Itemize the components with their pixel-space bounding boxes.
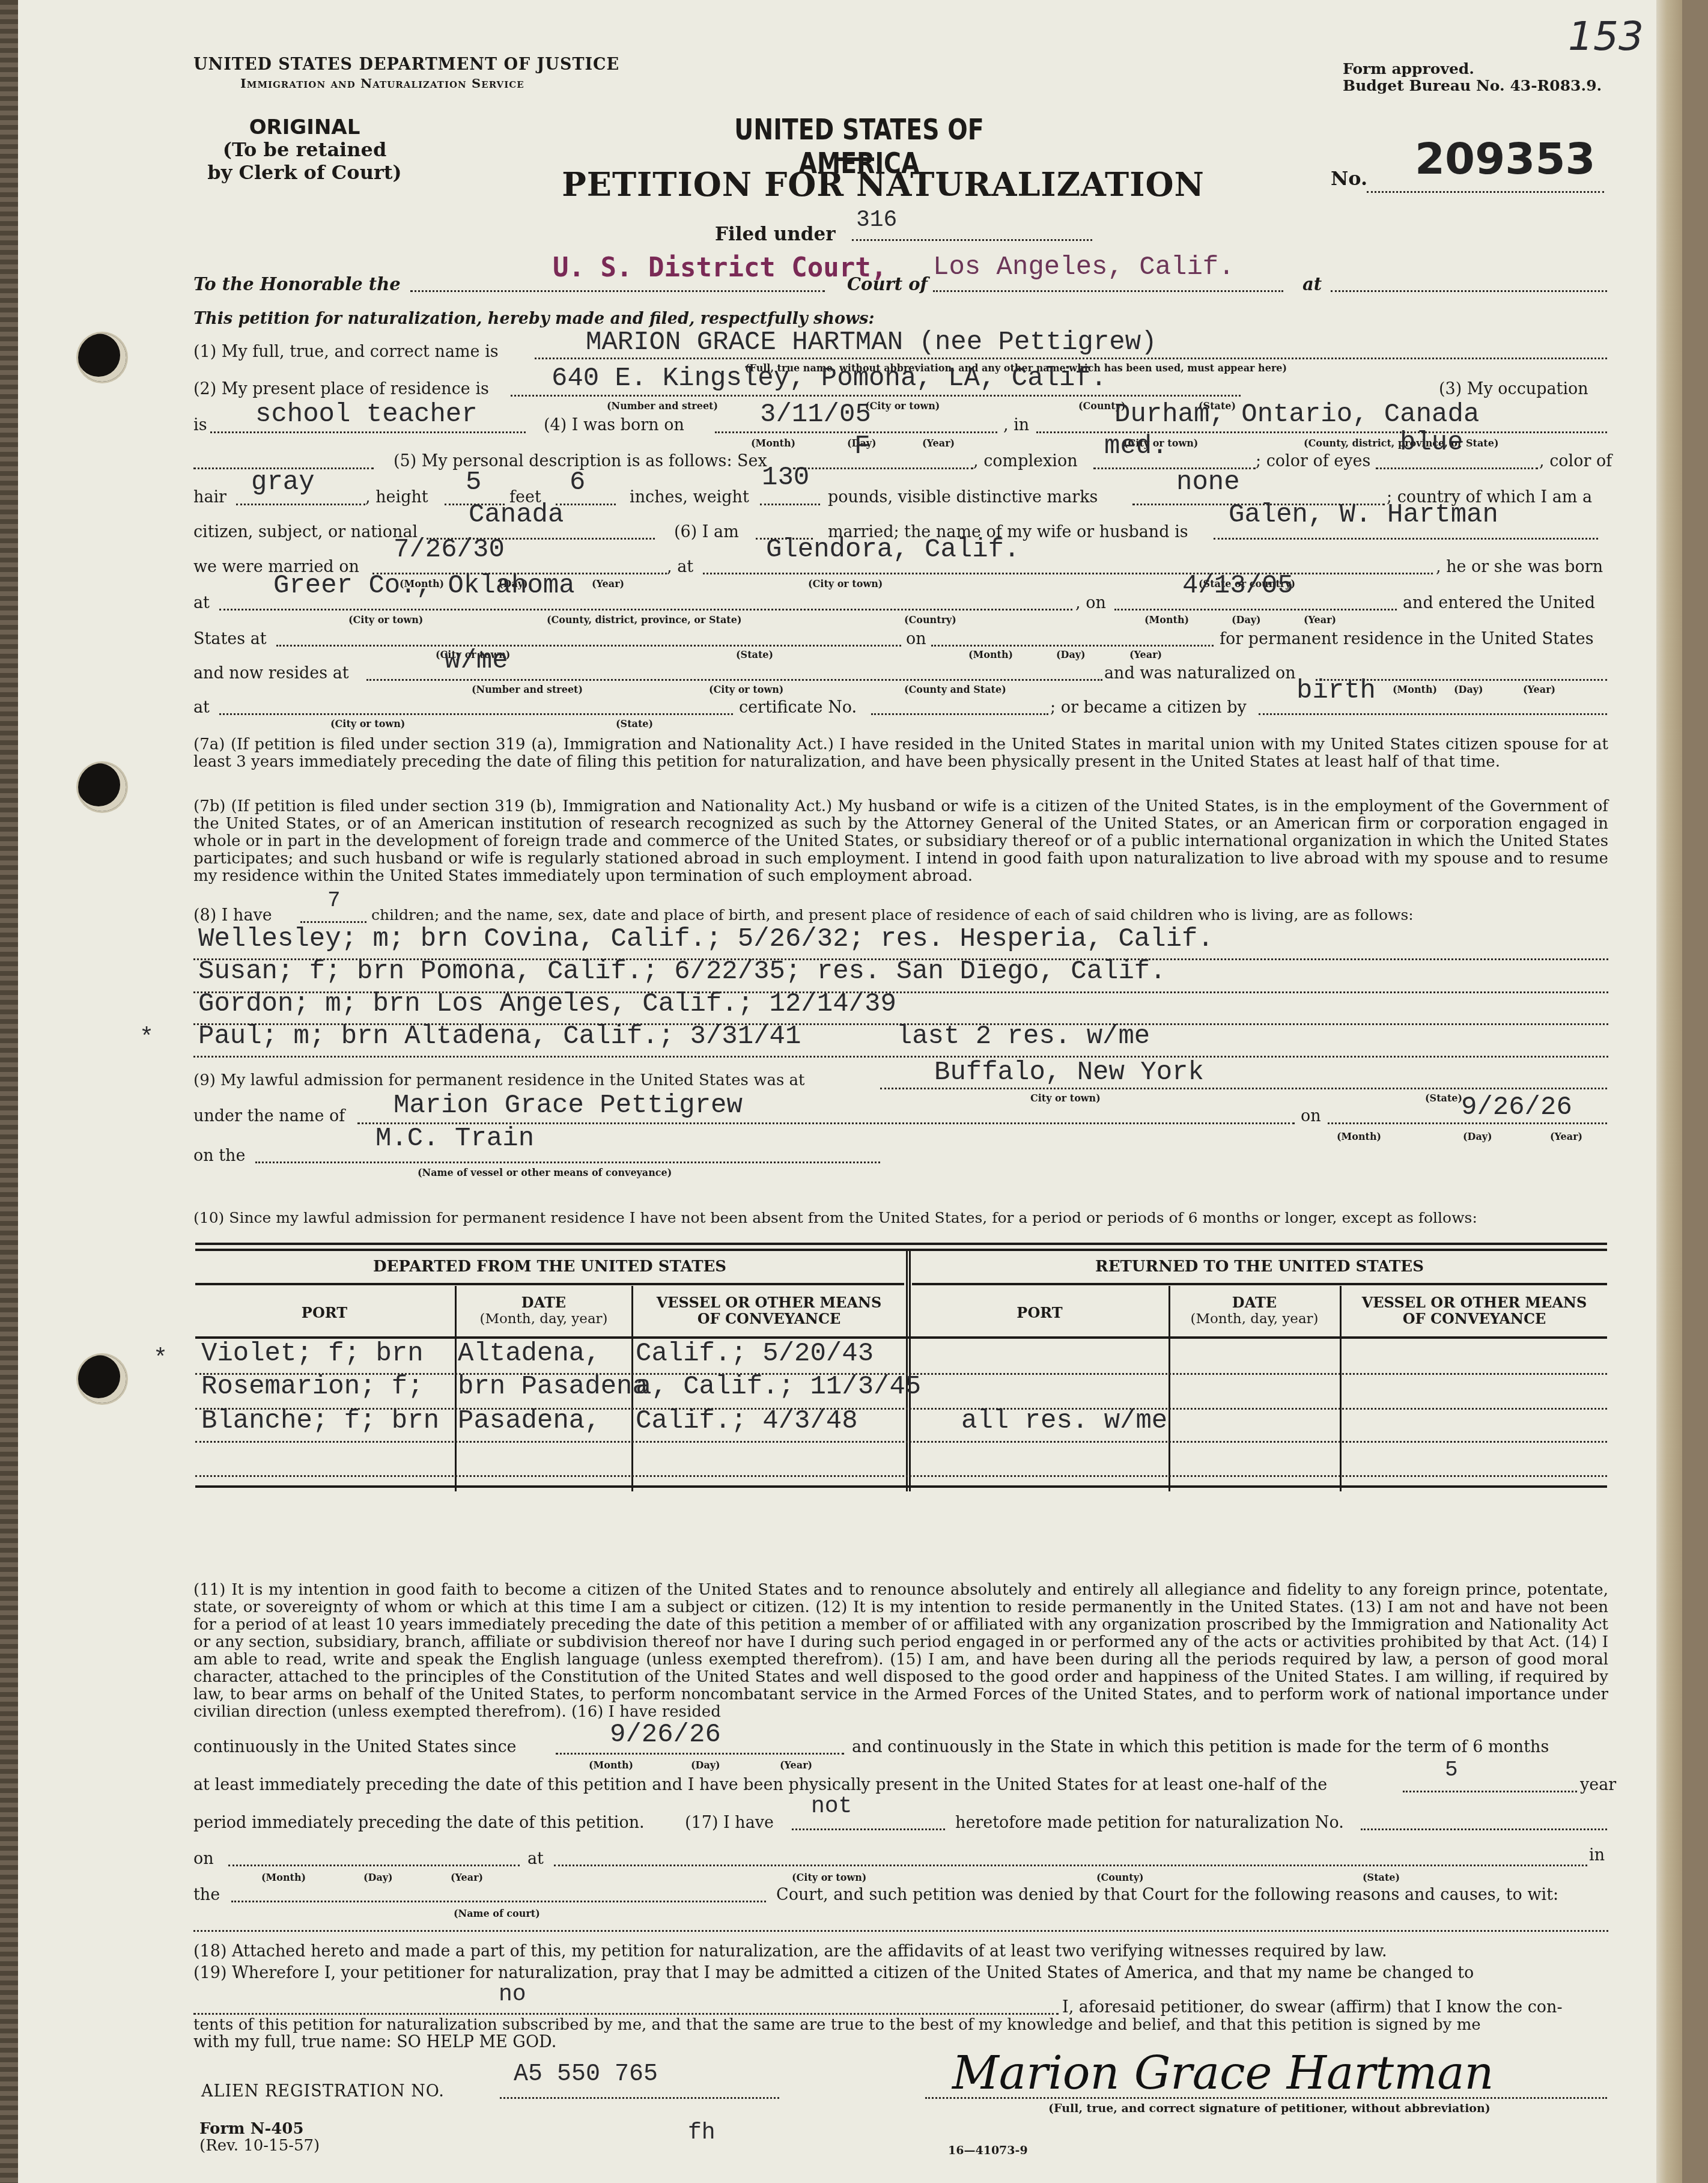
header-rule (912, 1283, 1607, 1285)
section-19: (19) Wherefore I, your petitioner for na… (193, 1964, 1474, 1982)
child-marker-asterisk: * (139, 1025, 154, 1052)
binder-hole (78, 763, 126, 811)
q17-label: (17) I have (685, 1813, 774, 1832)
hint-number-street: (Number and street) (607, 400, 718, 412)
table-row-rule (195, 1441, 1607, 1443)
entered-label: and entered the United (1403, 594, 1595, 612)
children-count-line (300, 921, 366, 923)
col-date-hint: (Month, day, year) (457, 1311, 631, 1327)
department-name: UNITED STATES DEPARTMENT OF JUSTICE (193, 55, 619, 74)
hint-year: (Year) (1129, 649, 1162, 660)
q8-label-post: children; and the name, sex, date and pl… (371, 906, 1414, 924)
certificate-line (871, 713, 1048, 715)
spouse-birth-place-value: Greer Co., Oklahoma (273, 571, 575, 601)
hint-year: (Year) (1550, 1131, 1582, 1142)
inches-weight-label: inches, weight (630, 488, 749, 507)
spouse-birth-on-label: , on (1075, 594, 1106, 612)
table-cell: Violet; f; brn (201, 1339, 424, 1369)
hint-day: (Day) (1232, 614, 1261, 626)
weight-line (760, 504, 820, 505)
marks-label: pounds, visible distinctive marks (828, 488, 1098, 507)
filed-under-label: Filed under (715, 224, 836, 245)
admission-date-line (1328, 1122, 1607, 1124)
hint-year: (Year) (1304, 614, 1336, 626)
q1-label: (1) My full, true, and correct name is (193, 343, 499, 361)
clerk-initials: fh (688, 2120, 716, 2146)
hint-city: (City or town) (808, 578, 883, 589)
section-18: (18) Attached hereto and made a part of … (193, 1942, 1387, 1961)
sex-value: F (854, 431, 870, 461)
table-cell: Blanche; f; brn (201, 1406, 439, 1436)
hint-county-district: (County, district, province, or State) (547, 614, 741, 626)
on-the-label: on the (193, 1146, 245, 1165)
occupation-line (210, 431, 526, 433)
name-change-line (193, 2013, 1059, 2015)
since-date-value: 9/26/26 (610, 1720, 721, 1750)
page-edge (1656, 0, 1682, 2183)
signature-line (925, 2097, 1607, 2099)
under-name-label: under the name of (193, 1107, 345, 1125)
table-cell: a, Calif.; 11/3/45 (636, 1372, 921, 1402)
child-line-rule (193, 1056, 1608, 1058)
alien-reg-number: A5 550 765 (514, 2061, 658, 2088)
print-code: 16—41073-9 (948, 2144, 1028, 2157)
signature-hint: (Full, true, and correct signature of pe… (1048, 2102, 1491, 2115)
in-label: , in (1003, 416, 1029, 434)
table-bottom-rule (195, 1485, 1607, 1488)
years-line (1403, 1791, 1577, 1792)
citizen-by-value: birth (1296, 676, 1376, 706)
inches-line (556, 504, 616, 505)
q8-label-pre: (8) I have (193, 906, 272, 925)
hint-month: (Month) (261, 1872, 306, 1883)
prior-at-label: at (527, 1850, 544, 1868)
spouse-born-label: , he or she was born (1436, 558, 1603, 576)
hint-year: (Year) (592, 578, 624, 589)
section-7a: (7a) (If petition is filed under section… (193, 736, 1608, 771)
form-revision: (Rev. 10-15-57) (199, 2137, 320, 2155)
oath-line-1: I, aforesaid petitioner, do swear (affir… (1062, 1998, 1563, 2017)
form-approved: Form approved. (1343, 60, 1474, 78)
reasons-line (193, 1930, 1608, 1932)
since-label: continuously in the United States since (193, 1738, 517, 1756)
table-cell: brn Pasadena (458, 1372, 648, 1402)
hint-city: (City or town) (348, 614, 423, 626)
hint-court: (Name of court) (454, 1908, 540, 1919)
spouse-residence-value: w/me (445, 646, 508, 676)
q3-label: (3) My occupation (1439, 380, 1588, 398)
binder-hole (78, 333, 126, 382)
retained-note-2: by Clerk of Court) (193, 161, 416, 184)
col-port-returned: PORT (912, 1305, 1167, 1321)
service-name: Immigration and Naturalization Service (240, 76, 524, 91)
hint-day: (Day) (1056, 649, 1086, 660)
form-number: Form N-405 (199, 2120, 303, 2138)
prior-place-line (554, 1865, 1587, 1866)
color-of-label: , color of (1539, 452, 1612, 470)
heading-rule (838, 157, 874, 161)
court-location: Los Angeles, Calif. (933, 252, 1235, 282)
hint-city: City or town) (1030, 1092, 1101, 1104)
budget-bureau-number: Budget Bureau No. 43-R083.9. (1343, 77, 1602, 94)
q2-line (511, 395, 1241, 397)
entry-on-label: on (906, 630, 926, 648)
hint-state: (State) (616, 718, 653, 729)
q17-post-label: heretofore made petition for naturalizat… (955, 1813, 1344, 1832)
child-line: Wellesley; m; brn Covina, Calif.; 5/26/3… (198, 924, 1214, 954)
hint-state: (State) (736, 649, 773, 660)
hint-county-state: (County and State) (904, 684, 1006, 695)
admission-place: Buffalo, New York (934, 1058, 1204, 1088)
q17-value: not (811, 1794, 852, 1819)
returned-header: RETURNED TO THE UNITED STATES (912, 1259, 1607, 1274)
q2-label: (2) My present place of residence is (193, 380, 489, 398)
spouse-birth-date-line (1114, 609, 1397, 610)
hint-state: (State) (1363, 1872, 1400, 1883)
hint-year: (Year) (922, 437, 955, 449)
states-at-label: States at (193, 630, 267, 648)
col-vessel-hint: OF CONVEYANCE (1342, 1311, 1607, 1327)
hint-state: (State) (1425, 1092, 1462, 1104)
residence-value: 640 E. Kingsley, Pomona, LA, Calif. (552, 364, 1107, 394)
child-line: Gordon; m; brn Los Angeles, Calif.; 12/1… (198, 989, 896, 1019)
hint-number-street: (Number and street) (472, 684, 583, 695)
height-inches-value: 6 (570, 467, 585, 498)
marriage-date-value: 7/26/30 (394, 535, 505, 565)
hint-city: (City or town) (865, 400, 940, 412)
hair-value: gray (251, 467, 315, 498)
q10-label: (10) Since my lawful admission for perma… (193, 1209, 1477, 1226)
table-top-rule (195, 1249, 1607, 1251)
marks-value: none (1176, 467, 1240, 498)
court-name-line (410, 290, 825, 292)
filed-under-line (852, 239, 1092, 241)
eyes-value: blue (1400, 428, 1463, 458)
marriage-place-value: Glendora, Calif. (766, 535, 1020, 565)
section-7b: (7b) (If petition is filed under section… (193, 798, 1608, 885)
nationality-value: Canada (469, 500, 564, 530)
nat-place-line (219, 713, 733, 715)
binder-hole (78, 1355, 126, 1403)
table-cell: Calif.; 5/20/43 (636, 1339, 874, 1369)
prior-the-label: the (193, 1886, 220, 1904)
q1-line (535, 358, 1607, 359)
sex-line (793, 467, 973, 469)
to-honorable-label: To the Honorable the (193, 274, 401, 294)
court-denied-label: Court, and such petition was denied by t… (776, 1886, 1558, 1904)
years-value: 5 (1445, 1758, 1458, 1782)
hint-vessel: (Name of vessel or other means of convey… (418, 1167, 672, 1178)
table-top-rule (195, 1243, 1607, 1245)
petitioner-signature: Marion Grace Hartman (952, 2046, 1494, 2099)
court-name-stamp: U. S. District Court, (553, 252, 887, 283)
filed-under-value: 316 (856, 207, 897, 233)
row-marker-asterisk: * (153, 1346, 168, 1373)
table-cell: Pasadena, (458, 1406, 601, 1436)
spouse-name-line (1214, 538, 1598, 540)
col-port-departed: PORT (195, 1305, 454, 1321)
hint-year: (Year) (780, 1759, 812, 1771)
naturalized-label: and was naturalized on (1104, 664, 1296, 683)
period-label: period immediately preceding the date of… (193, 1813, 645, 1832)
hint-month: (Month) (751, 437, 795, 449)
q9-label: (9) My lawful admission for permanent re… (193, 1071, 805, 1089)
height-label: , height (365, 488, 428, 507)
binder-spine (0, 0, 18, 2183)
year-label: year (1580, 1776, 1616, 1794)
entry-place-line (276, 645, 901, 647)
certificate-label: certificate No. (739, 698, 857, 717)
document-title: PETITION FOR NATURALIZATION (562, 165, 1205, 204)
hint-city: (City or town) (330, 718, 405, 729)
spouse-birth-date-value: 4/13/05 (1182, 571, 1293, 601)
col-date-returned: DATE (1170, 1295, 1339, 1311)
name-change-value: no (499, 1982, 526, 2008)
prior-court-line (231, 1901, 766, 1902)
hint-city: (City or town) (709, 684, 783, 695)
spouse-birth-place-line (219, 609, 1072, 610)
alien-reg-line (500, 2097, 779, 2099)
admission-name: Marion Grace Pettigrew (394, 1091, 743, 1121)
perm-res-label: for permanent residence in the United St… (1220, 630, 1594, 648)
q17-line (792, 1828, 945, 1830)
table-cell: Rosemarion; f; (201, 1372, 424, 1402)
hint-month: (Month) (968, 649, 1013, 660)
spouse-residence-line (366, 679, 1102, 681)
eyes-line (1376, 467, 1538, 469)
complexion-label: , complexion (973, 452, 1078, 470)
departed-header: DEPARTED FROM THE UNITED STATES (195, 1259, 904, 1274)
col-vessel-hint: OF CONVEYANCE (634, 1311, 904, 1327)
original-label: ORIGINAL (193, 115, 416, 139)
hair-label: hair (193, 488, 226, 507)
eyes-label: ; color of eyes (1256, 452, 1370, 470)
col-date-departed: DATE (457, 1295, 631, 1311)
hint-day: (Day) (1463, 1131, 1492, 1142)
hint-county: (County) (1096, 1872, 1144, 1883)
section-11-16: (11) It is my intention in good faith to… (193, 1582, 1608, 1721)
full-name-value: MARION GRACE HARTMAN (nee Pettigrew) (586, 327, 1157, 358)
page-number: 153 (1568, 13, 1644, 59)
table-divider (906, 1251, 908, 1491)
occupation-value: school teacher (255, 400, 478, 430)
height-feet-value: 5 (466, 467, 481, 498)
court-of-label: Court of (847, 274, 928, 294)
since-date-line (556, 1753, 844, 1755)
hint-day: (Day) (1454, 684, 1483, 695)
spouse-birth-at-label: at (193, 594, 210, 612)
hint-month: (Month) (589, 1759, 633, 1771)
hint-month: (Month) (1337, 1131, 1381, 1142)
present-label: at least immediately preceding the date … (193, 1776, 1327, 1794)
nat-at-label: at (193, 698, 210, 717)
admission-place-line (880, 1088, 1607, 1089)
header-rule (195, 1283, 904, 1285)
col-date-hint: (Month, day, year) (1170, 1311, 1339, 1327)
complexion-value: med. (1104, 431, 1168, 461)
is-label: is (193, 416, 207, 434)
oath-line-2: tents of this petition for naturalizatio… (193, 2016, 1481, 2034)
birth-date-value: 3/11/05 (760, 400, 871, 430)
alien-reg-label: ALIEN REGISTRATION NO. (201, 2082, 445, 2101)
oath-line-3: with my full, true name: SO HELP ME GOD. (193, 2033, 556, 2051)
table-divider (909, 1251, 911, 1491)
marriage-at-label: , at (667, 558, 693, 576)
hint-year: (Year) (1523, 684, 1555, 695)
marriage-place-line (703, 573, 1433, 574)
col-vessel-returned: VESSEL OR OTHER MEANS (1342, 1295, 1607, 1311)
spouse-name-value: Galen, W. Hartman (1229, 500, 1498, 530)
court-location-line (933, 290, 1283, 292)
prior-date-line (228, 1865, 520, 1866)
hint-month: (Month) (1393, 684, 1437, 695)
now-resides-label: and now resides at (193, 664, 349, 683)
prior-on-label: on (193, 1850, 214, 1868)
q6-label: (6) I am (674, 523, 739, 541)
retained-note-1: (To be retained (193, 138, 416, 161)
child-line: Paul; m; brn Altadena, Calif.; 3/31/41 l… (198, 1021, 1150, 1052)
table-cell: Altadena, (458, 1339, 601, 1369)
table-cell: all res. w/me (961, 1406, 1167, 1436)
hint-day: (Day) (363, 1872, 393, 1883)
became-citizen-label: ; or became a citizen by (1050, 698, 1247, 717)
prior-petition-line (1361, 1828, 1607, 1830)
child-line: Susan; f; brn Pomona, Calif.; 6/22/35; r… (198, 957, 1166, 987)
admission-vessel: M.C. Train (375, 1124, 534, 1154)
weight-value: 130 (762, 463, 809, 493)
citizen-label: citizen, subject, or national (193, 523, 418, 541)
hint-month: (Month) (1144, 614, 1189, 626)
birth-place-value: Durham, Ontario, Canada (1114, 400, 1479, 430)
hair-line (236, 504, 365, 505)
q4-label: (4) I was born on (544, 416, 684, 434)
hint-year: (Year) (451, 1872, 483, 1883)
hint-city: (City or town) (792, 1872, 866, 1883)
citizen-by-line (1259, 713, 1607, 715)
prior-in-label: in (1589, 1846, 1605, 1865)
hint-country: (Country) (904, 614, 956, 626)
petition-number: 209353 (1415, 133, 1596, 184)
children-count: 7 (327, 888, 341, 913)
table-row-rule (195, 1475, 1607, 1477)
hint-day: (Day) (691, 1759, 720, 1771)
admission-on-label: on (1301, 1107, 1321, 1125)
col-vessel-departed: VESSEL OR OTHER MEANS (634, 1295, 904, 1311)
table-cell: Calif.; 4/3/48 (636, 1406, 858, 1436)
number-line (1367, 191, 1604, 193)
entry-date-line (931, 645, 1214, 647)
vessel-line (255, 1162, 880, 1163)
intro-statement: This petition for naturalization, hereby… (193, 309, 874, 328)
admission-date: 9/26/26 (1461, 1092, 1572, 1122)
continuous-label: and continuously in the State in which t… (852, 1738, 1549, 1756)
number-label: No. (1331, 167, 1367, 190)
court-at-label: at (1302, 274, 1322, 294)
court-at-line (1331, 290, 1607, 292)
